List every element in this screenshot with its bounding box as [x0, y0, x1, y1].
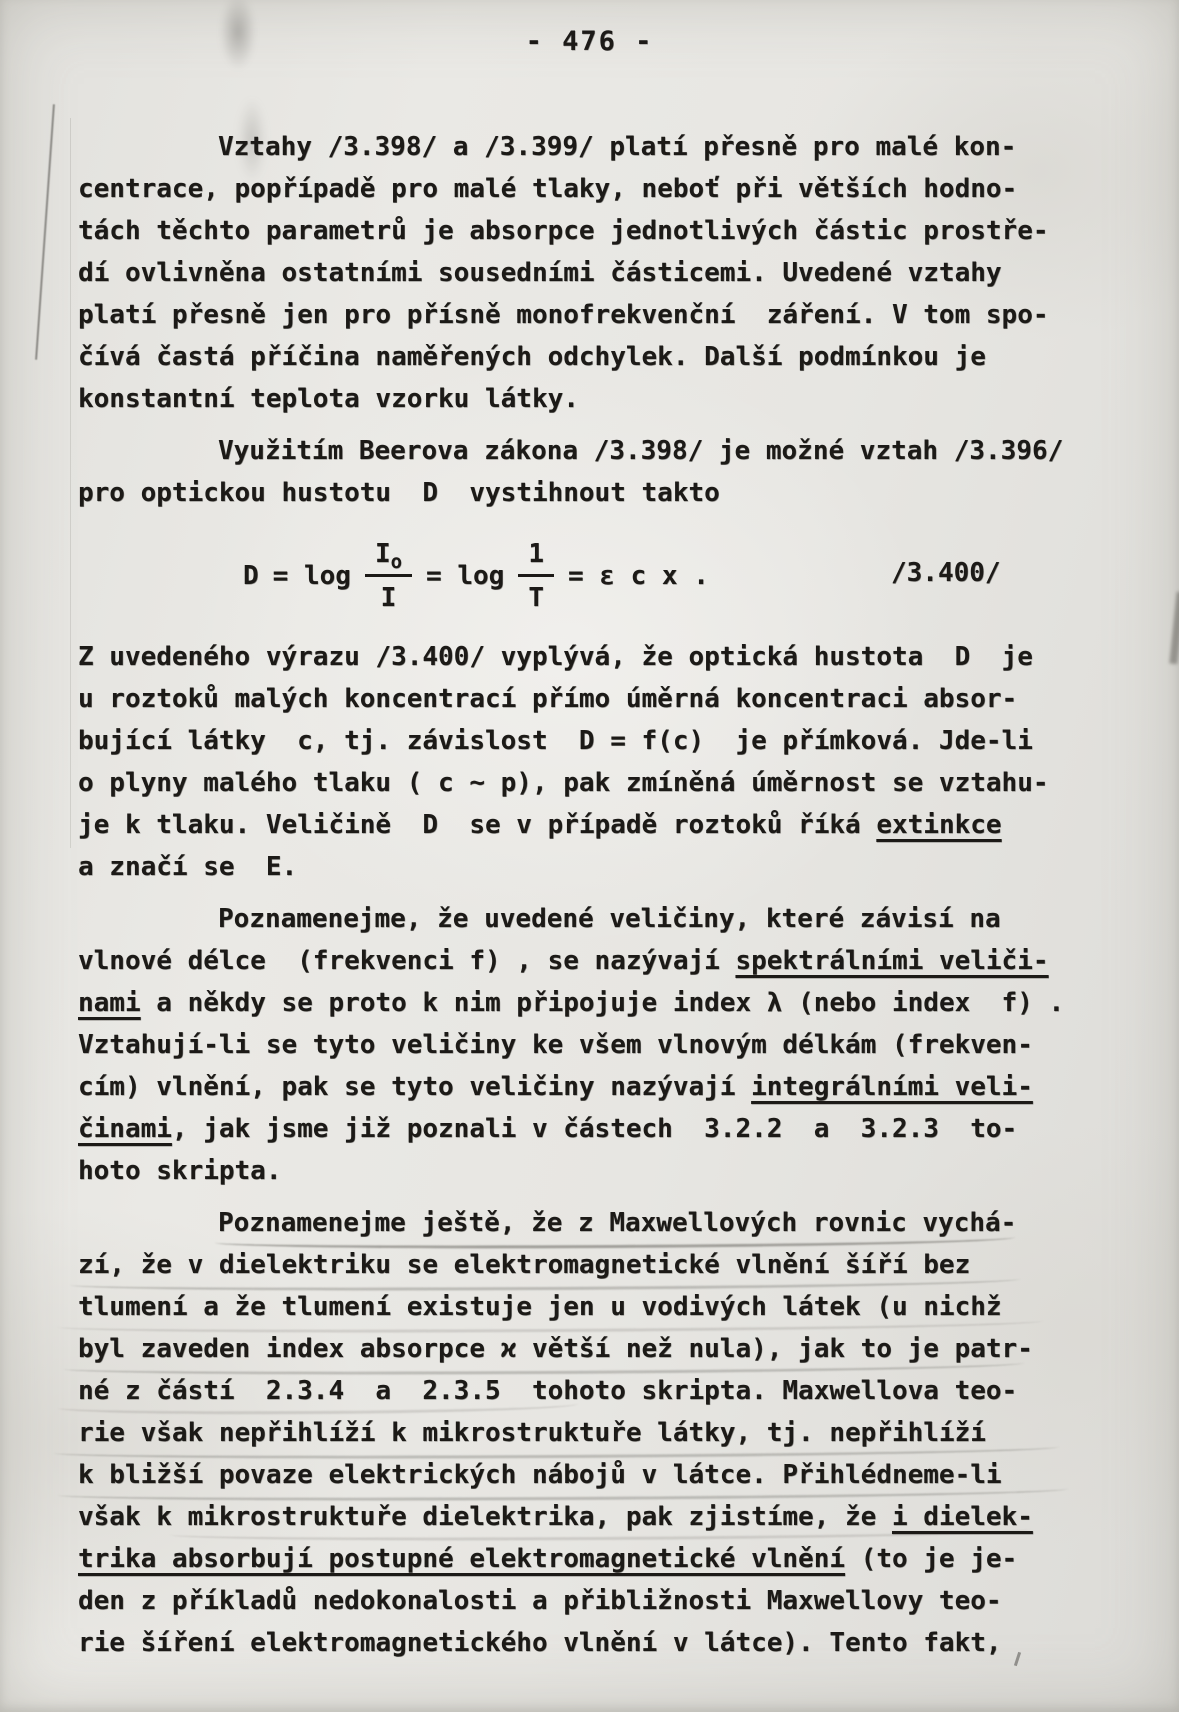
formula-lhs: D [243, 561, 259, 591]
page-number: - 476 - [0, 26, 1179, 57]
paragraph: Vztahy /3.398/ a /3.399/ platí přesně pr… [78, 126, 1038, 420]
text-line: pro optickou hustotu D vystihnout takto [78, 472, 1038, 514]
text-line: tách těchto parametrů je absorpce jednot… [78, 210, 1038, 252]
fraction-denominator: T [528, 577, 544, 613]
text-line: né z částí 2.3.4 a 2.3.5 tohoto skripta.… [78, 1370, 1038, 1412]
text-segment: čívá častá příčina naměřených odchylek. … [78, 342, 986, 372]
paragraph: Z uvedeného výrazu /3.400/ vyplývá, že o… [78, 636, 1038, 888]
paragraph: Využitím Beerova zákona /3.398/ je možné… [78, 430, 1038, 514]
text-segment: a někdy se proto k nim připojuje index λ… [141, 988, 1065, 1018]
text-segment: k bližší povaze elektrických nábojů v lá… [78, 1460, 1002, 1490]
underlined-text: integrálními veli- [751, 1072, 1033, 1102]
text-segment: rie šíření elektromagnetického vlnění v … [78, 1628, 1002, 1658]
underlined-text: činami [78, 1114, 172, 1144]
text-segment: platí přesně jen pro přísně monofrekvenč… [78, 300, 1049, 330]
text-line: Z uvedeného výrazu /3.400/ vyplývá, že o… [78, 636, 1038, 678]
text-segment: Z uvedeného výrazu /3.400/ vyplývá, že o… [78, 642, 1033, 672]
text-line: čívá častá příčina naměřených odchylek. … [78, 336, 1038, 378]
text-segment: Vztahují-li se tyto veličiny ke všem vln… [78, 1030, 1033, 1060]
text-line: u roztoků malých koncentrací přímo úměrn… [78, 678, 1038, 720]
text-segment: né z částí 2.3.4 a 2.3.5 tohoto skripta.… [78, 1376, 1017, 1406]
text-segment: hoto skripta. [78, 1156, 282, 1186]
text-line: platí přesně jen pro přísně monofrekvenč… [78, 294, 1038, 336]
fraction-denominator: I [381, 577, 397, 613]
text-line: den z příkladů nedokonalosti a přibližno… [78, 1580, 1038, 1622]
text-line: cím) vlnění, pak se tyto veličiny nazýva… [78, 1066, 1038, 1108]
text-line: centrace, popřípadě pro malé tlaky, nebo… [78, 168, 1038, 210]
equation-3-400: D = log Io I = log 1 T = ε c x . /3.400/ [243, 524, 1038, 628]
fraction-numerator: Io [365, 539, 412, 577]
subscript: o [391, 551, 402, 573]
text-line: vlnové délce (frekvenci f) , se nazývají… [78, 940, 1038, 982]
equation-tag: /3.400/ [891, 558, 1001, 588]
edge-ink-mark [1169, 592, 1179, 664]
text-segment: vlnové délce (frekvenci f) , se nazývají [78, 946, 735, 976]
paragraph: Poznamenejme ještě, že z Maxwellových ro… [78, 1202, 1038, 1664]
text-segment: cím) vlnění, pak se tyto veličiny nazýva… [78, 1072, 751, 1102]
text-segment: tách těchto parametrů je absorpce jednot… [78, 216, 1049, 246]
text-segment: centrace, popřípadě pro malé tlaky, nebo… [78, 174, 1017, 204]
text-line: nami a někdy se proto k nim připojuje in… [78, 982, 1038, 1024]
text-line: Vztahují-li se tyto veličiny ke všem vln… [78, 1024, 1038, 1066]
underlined-text: nami [78, 988, 141, 1018]
text-block-bottom: Z uvedeného výrazu /3.400/ vyplývá, že o… [78, 636, 1038, 1664]
text-block-top: Vztahy /3.398/ a /3.399/ platí přesně pr… [78, 126, 1038, 514]
text-line: však k mikrostruktuře dielektrika, pak z… [78, 1496, 1038, 1538]
pencil-margin-stroke [35, 104, 55, 360]
text-segment: konstantní teplota vzorku látky. [78, 384, 579, 414]
text-line: rie šíření elektromagnetického vlnění v … [78, 1622, 1038, 1664]
formula-fraction-io-i: Io I [365, 539, 412, 613]
text-line: je k tlaku. Veličině D se v případě rozt… [78, 804, 1038, 846]
formula-rhs: = ε c x . [568, 561, 709, 591]
text-line: bující látky c, tj. závislost D = f(c) j… [78, 720, 1038, 762]
text-segment: je k tlaku. Veličině D se v případě rozt… [78, 810, 876, 840]
text-line: rie však nepřihlíží k mikrostruktuře lát… [78, 1412, 1038, 1454]
text-line: hoto skripta. [78, 1150, 1038, 1192]
paragraph: Poznamenejme, že uvedené veličiny, které… [78, 898, 1038, 1192]
text-line: Vztahy /3.398/ a /3.399/ platí přesně pr… [78, 126, 1038, 168]
text-segment: bující látky c, tj. závislost D = f(c) j… [78, 726, 1033, 756]
text-line: Využitím Beerova zákona /3.398/ je možné… [78, 430, 1038, 472]
text-segment: o plyny malého tlaku ( c ~ p), pak zmíně… [78, 768, 1049, 798]
text-line: tlumení a že tlumení existuje jen u vodi… [78, 1286, 1038, 1328]
text-line: činami, jak jsme již poznali v částech 3… [78, 1108, 1038, 1150]
underlined-text: trika absorbují postupné elektromagnetic… [78, 1544, 845, 1574]
text-segment: dí ovlivněna ostatními sousedními částic… [78, 258, 1002, 288]
text-segment: však k mikrostruktuře dielektrika, pak z… [78, 1502, 892, 1532]
text-segment: tlumení a že tlumení existuje jen u vodi… [78, 1292, 1002, 1322]
text-line: konstantní teplota vzorku látky. [78, 378, 1038, 420]
page-body: Vztahy /3.398/ a /3.399/ platí přesně pr… [78, 126, 1038, 1674]
text-line: byl zaveden index absorpce ϰ větší než n… [78, 1328, 1038, 1370]
text-line: Poznamenejme, že uvedené veličiny, které… [78, 898, 1038, 940]
text-segment: (to je je- [845, 1544, 1017, 1574]
text-segment: rie však nepřihlíží k mikrostruktuře lát… [78, 1418, 986, 1448]
text-line: trika absorbují postupné elektromagnetic… [78, 1538, 1038, 1580]
formula-fraction-1-t: 1 T [518, 539, 554, 613]
text-segment: pro optickou hustotu D vystihnout takto [78, 478, 720, 508]
formula-operator: = log [426, 561, 504, 591]
text-line: a značí se E. [78, 846, 1038, 888]
text-segment: a značí se E. [78, 852, 297, 882]
text-line: dí ovlivněna ostatními sousedními částic… [78, 252, 1038, 294]
paper-crease [70, 118, 71, 848]
formula-operator: = log [273, 561, 351, 591]
text-segment: , jak jsme již poznali v částech 3.2.2 a… [172, 1114, 1017, 1144]
underlined-text: extinkce [876, 810, 1001, 840]
text-segment: Využitím Beerova zákona /3.398/ je možné… [218, 436, 1063, 466]
text-segment: den z příkladů nedokonalosti a přibližno… [78, 1586, 1002, 1616]
text-segment: Poznamenejme ještě, že z Maxwellových ro… [218, 1208, 1016, 1238]
text-segment: byl zaveden index absorpce ϰ větší než n… [78, 1334, 1033, 1364]
underlined-text: spektrálními veliči- [735, 946, 1048, 976]
text-line: o plyny malého tlaku ( c ~ p), pak zmíně… [78, 762, 1038, 804]
text-segment: u roztoků malých koncentrací přímo úměrn… [78, 684, 1017, 714]
document-page: - 476 - Vztahy /3.398/ a /3.399/ platí p… [0, 0, 1179, 1712]
text-segment: Poznamenejme, že uvedené veličiny, které… [218, 904, 1001, 934]
text-segment: Vztahy /3.398/ a /3.399/ platí přesně pr… [218, 132, 1016, 162]
text-segment: zí, že v dielektriku se elektromagnetick… [78, 1250, 970, 1280]
underlined-text: i dielek- [892, 1502, 1033, 1532]
fraction-numerator: 1 [518, 539, 554, 577]
text-line: k bližší povaze elektrických nábojů v lá… [78, 1454, 1038, 1496]
text-line: Poznamenejme ještě, že z Maxwellových ro… [78, 1202, 1038, 1244]
text-line: zí, že v dielektriku se elektromagnetick… [78, 1244, 1038, 1286]
